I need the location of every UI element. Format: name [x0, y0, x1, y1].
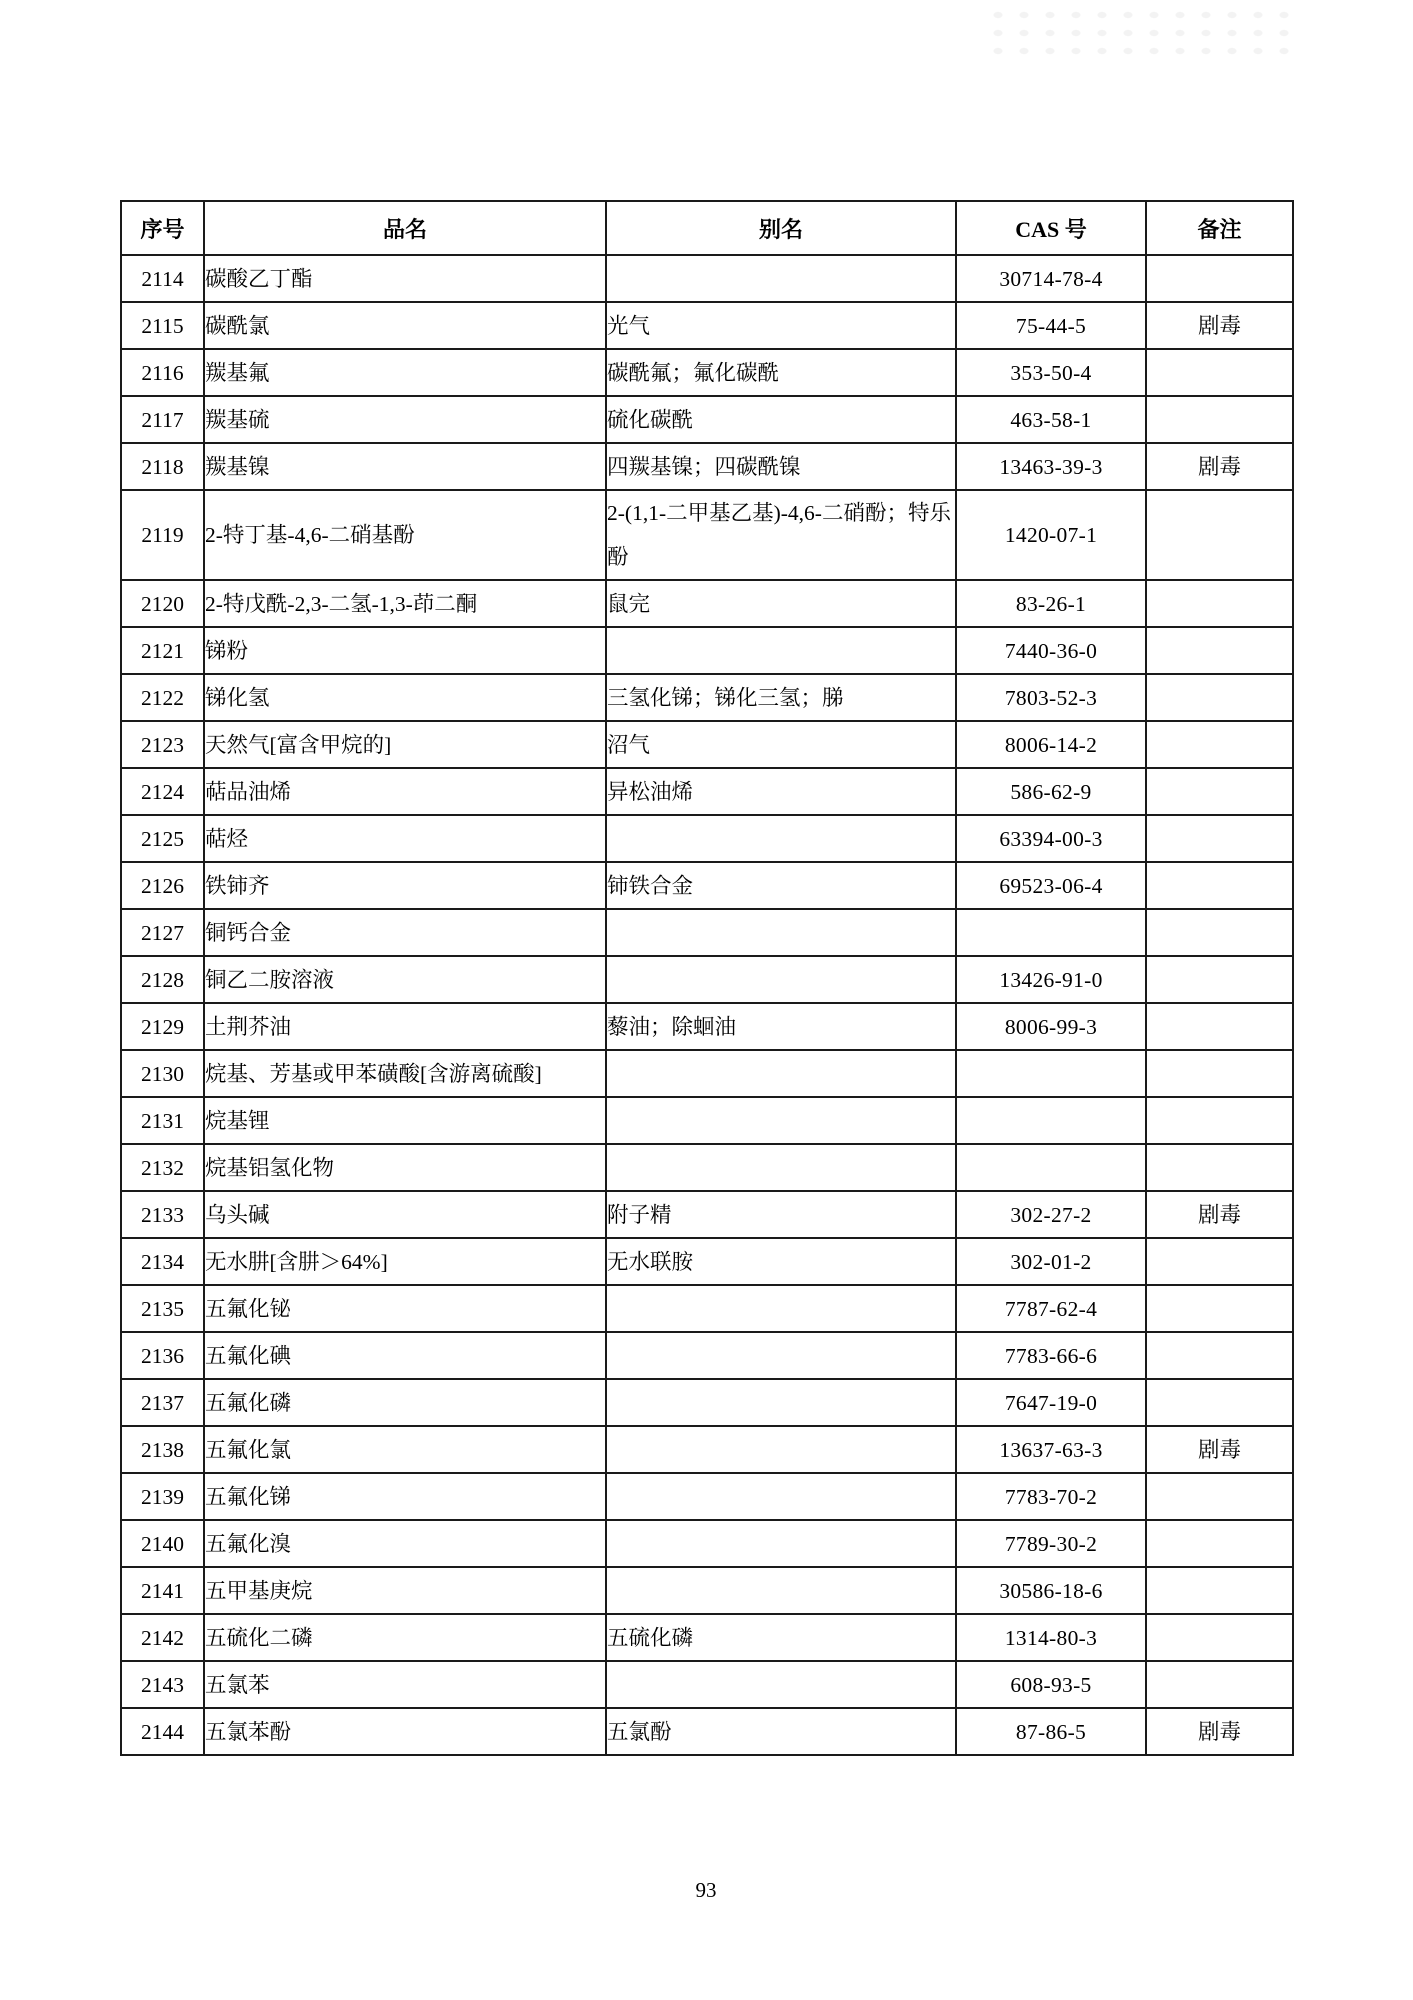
cell-remark — [1146, 1144, 1293, 1191]
cell-product-name: 土荆芥油 — [204, 1003, 606, 1050]
cell-remark: 剧毒 — [1146, 443, 1293, 490]
cell-alias: 碳酰氟；氟化碳酰 — [606, 349, 956, 396]
cell-product-name: 无水肼[含肼＞64%] — [204, 1238, 606, 1285]
cell-alias: 附子精 — [606, 1191, 956, 1238]
cell-cas-number: 1420-07-1 — [956, 490, 1146, 580]
table-row: 2123 天然气[富含甲烷的] 沼气 8006-14-2 — [121, 721, 1293, 768]
cell-product-name: 萜烃 — [204, 815, 606, 862]
cell-remark — [1146, 768, 1293, 815]
cell-product-name: 2-特戊酰-2,3-二氢-1,3-茚二酮 — [204, 580, 606, 627]
cell-serial-number: 2127 — [121, 909, 204, 956]
cell-cas-number: 7789-30-2 — [956, 1520, 1146, 1567]
cell-alias: 光气 — [606, 302, 956, 349]
table-row: 2129 土荆芥油 藜油；除蛔油 8006-99-3 — [121, 1003, 1293, 1050]
cell-remark — [1146, 490, 1293, 580]
cell-product-name: 碳酰氯 — [204, 302, 606, 349]
cell-remark — [1146, 580, 1293, 627]
cell-serial-number: 2124 — [121, 768, 204, 815]
cell-alias — [606, 1285, 956, 1332]
cell-serial-number: 2143 — [121, 1661, 204, 1708]
cell-cas-number: 1314-80-3 — [956, 1614, 1146, 1661]
cell-serial-number: 2114 — [121, 255, 204, 302]
cell-alias: 沼气 — [606, 721, 956, 768]
table-row: 2136 五氟化碘 7783-66-6 — [121, 1332, 1293, 1379]
table-row: 2141 五甲基庚烷 30586-18-6 — [121, 1567, 1293, 1614]
cell-product-name: 五氯苯酚 — [204, 1708, 606, 1755]
cell-serial-number: 2125 — [121, 815, 204, 862]
table-row: 2119 2-特丁基-4,6-二硝基酚 2-(1,1-二甲基乙基)-4,6-二硝… — [121, 490, 1293, 580]
cell-product-name: 烷基、芳基或甲苯磺酸[含游离硫酸] — [204, 1050, 606, 1097]
cell-cas-number: 13637-63-3 — [956, 1426, 1146, 1473]
cell-serial-number: 2131 — [121, 1097, 204, 1144]
cell-product-name: 2-特丁基-4,6-二硝基酚 — [204, 490, 606, 580]
table-row: 2138 五氟化氯 13637-63-3 剧毒 — [121, 1426, 1293, 1473]
cell-serial-number: 2138 — [121, 1426, 204, 1473]
cell-remark — [1146, 1567, 1293, 1614]
table-row: 2140 五氟化溴 7789-30-2 — [121, 1520, 1293, 1567]
table-row: 2118 羰基镍 四羰基镍；四碳酰镍 13463-39-3 剧毒 — [121, 443, 1293, 490]
table-row: 2131 烷基锂 — [121, 1097, 1293, 1144]
hazardous-chemicals-table: 序号 品名 别名 CAS 号 备注 2114 碳酸乙丁酯 30714-78-4 … — [120, 200, 1294, 1756]
cell-cas-number: 608-93-5 — [956, 1661, 1146, 1708]
cell-alias — [606, 1661, 956, 1708]
cell-serial-number: 2130 — [121, 1050, 204, 1097]
cell-alias — [606, 909, 956, 956]
cell-remark: 剧毒 — [1146, 302, 1293, 349]
cell-product-name: 乌头碱 — [204, 1191, 606, 1238]
table-row: 2143 五氯苯 608-93-5 — [121, 1661, 1293, 1708]
cell-remark — [1146, 1520, 1293, 1567]
cell-remark — [1146, 1285, 1293, 1332]
cell-cas-number: 63394-00-3 — [956, 815, 1146, 862]
cell-product-name: 羰基氟 — [204, 349, 606, 396]
cell-alias: 鼠完 — [606, 580, 956, 627]
cell-cas-number: 13426-91-0 — [956, 956, 1146, 1003]
cell-serial-number: 2133 — [121, 1191, 204, 1238]
cell-remark — [1146, 396, 1293, 443]
cell-cas-number — [956, 909, 1146, 956]
cell-product-name: 锑化氢 — [204, 674, 606, 721]
cell-cas-number: 353-50-4 — [956, 349, 1146, 396]
cell-product-name: 萜品油烯 — [204, 768, 606, 815]
cell-alias — [606, 1520, 956, 1567]
cell-serial-number: 2118 — [121, 443, 204, 490]
cell-product-name: 碳酸乙丁酯 — [204, 255, 606, 302]
table-row: 2142 五硫化二磷 五硫化磷 1314-80-3 — [121, 1614, 1293, 1661]
cell-product-name: 铜乙二胺溶液 — [204, 956, 606, 1003]
table-row: 2132 烷基铝氢化物 — [121, 1144, 1293, 1191]
header-name: 品名 — [204, 201, 606, 255]
table-row: 2137 五氟化磷 7647-19-0 — [121, 1379, 1293, 1426]
table-row: 2130 烷基、芳基或甲苯磺酸[含游离硫酸] — [121, 1050, 1293, 1097]
cell-remark — [1146, 1614, 1293, 1661]
cell-alias — [606, 956, 956, 1003]
table-row: 2128 铜乙二胺溶液 13426-91-0 — [121, 956, 1293, 1003]
table-row: 2115 碳酰氯 光气 75-44-5 剧毒 — [121, 302, 1293, 349]
cell-remark — [1146, 956, 1293, 1003]
cell-serial-number: 2116 — [121, 349, 204, 396]
cell-product-name: 五氟化锑 — [204, 1473, 606, 1520]
cell-remark — [1146, 674, 1293, 721]
cell-remark — [1146, 1050, 1293, 1097]
cell-product-name: 羰基硫 — [204, 396, 606, 443]
cell-alias — [606, 1332, 956, 1379]
cell-serial-number: 2141 — [121, 1567, 204, 1614]
cell-cas-number: 13463-39-3 — [956, 443, 1146, 490]
cell-cas-number: 87-86-5 — [956, 1708, 1146, 1755]
cell-cas-number: 7783-70-2 — [956, 1473, 1146, 1520]
cell-serial-number: 2117 — [121, 396, 204, 443]
cell-product-name: 烷基锂 — [204, 1097, 606, 1144]
cell-serial-number: 2134 — [121, 1238, 204, 1285]
cell-remark — [1146, 1661, 1293, 1708]
cell-serial-number: 2121 — [121, 627, 204, 674]
cell-serial-number: 2119 — [121, 490, 204, 580]
page-number: 93 — [120, 1878, 1292, 1903]
cell-serial-number: 2129 — [121, 1003, 204, 1050]
cell-serial-number: 2126 — [121, 862, 204, 909]
header-alias: 别名 — [606, 201, 956, 255]
cell-remark — [1146, 815, 1293, 862]
cell-alias — [606, 1050, 956, 1097]
table-row: 2133 乌头碱 附子精 302-27-2 剧毒 — [121, 1191, 1293, 1238]
faint-watermark — [985, 6, 1305, 64]
cell-product-name: 五氯苯 — [204, 1661, 606, 1708]
table-row: 2127 铜钙合金 — [121, 909, 1293, 956]
cell-alias — [606, 1426, 956, 1473]
cell-alias — [606, 1473, 956, 1520]
cell-product-name: 五氟化溴 — [204, 1520, 606, 1567]
cell-serial-number: 2136 — [121, 1332, 204, 1379]
cell-alias: 五硫化磷 — [606, 1614, 956, 1661]
cell-alias: 三氢化锑；锑化三氢；䏲 — [606, 674, 956, 721]
cell-remark — [1146, 1379, 1293, 1426]
cell-cas-number: 75-44-5 — [956, 302, 1146, 349]
cell-alias: 藜油；除蛔油 — [606, 1003, 956, 1050]
table-row: 2135 五氟化铋 7787-62-4 — [121, 1285, 1293, 1332]
cell-cas-number: 8006-99-3 — [956, 1003, 1146, 1050]
cell-cas-number — [956, 1144, 1146, 1191]
table-header-row: 序号 品名 别名 CAS 号 备注 — [121, 201, 1293, 255]
table-row: 2134 无水肼[含肼＞64%] 无水联胺 302-01-2 — [121, 1238, 1293, 1285]
cell-serial-number: 2135 — [121, 1285, 204, 1332]
cell-serial-number: 2123 — [121, 721, 204, 768]
cell-alias: 四羰基镍；四碳酰镍 — [606, 443, 956, 490]
cell-remark: 剧毒 — [1146, 1426, 1293, 1473]
table-row: 2125 萜烃 63394-00-3 — [121, 815, 1293, 862]
cell-serial-number: 2137 — [121, 1379, 204, 1426]
cell-product-name: 五甲基庚烷 — [204, 1567, 606, 1614]
cell-alias: 硫化碳酰 — [606, 396, 956, 443]
cell-alias — [606, 255, 956, 302]
cell-alias — [606, 1567, 956, 1614]
cell-cas-number: 7440-36-0 — [956, 627, 1146, 674]
header-cas: CAS 号 — [956, 201, 1146, 255]
table-row: 2126 铁铈齐 铈铁合金 69523-06-4 — [121, 862, 1293, 909]
cell-alias — [606, 1097, 956, 1144]
cell-product-name: 烷基铝氢化物 — [204, 1144, 606, 1191]
cell-remark — [1146, 627, 1293, 674]
cell-remark — [1146, 721, 1293, 768]
cell-cas-number: 7783-66-6 — [956, 1332, 1146, 1379]
table-row: 2121 锑粉 7440-36-0 — [121, 627, 1293, 674]
header-serial: 序号 — [121, 201, 204, 255]
cell-remark — [1146, 862, 1293, 909]
cell-serial-number: 2132 — [121, 1144, 204, 1191]
cell-product-name: 五氟化磷 — [204, 1379, 606, 1426]
cell-remark — [1146, 349, 1293, 396]
cell-product-name: 天然气[富含甲烷的] — [204, 721, 606, 768]
document-page: 序号 品名 别名 CAS 号 备注 2114 碳酸乙丁酯 30714-78-4 … — [0, 0, 1413, 2000]
cell-alias: 五氯酚 — [606, 1708, 956, 1755]
cell-alias: 无水联胺 — [606, 1238, 956, 1285]
cell-cas-number: 302-27-2 — [956, 1191, 1146, 1238]
cell-remark — [1146, 255, 1293, 302]
cell-remark — [1146, 1473, 1293, 1520]
cell-remark: 剧毒 — [1146, 1708, 1293, 1755]
cell-cas-number: 7647-19-0 — [956, 1379, 1146, 1426]
cell-product-name: 铜钙合金 — [204, 909, 606, 956]
cell-alias — [606, 1144, 956, 1191]
table-row: 2144 五氯苯酚 五氯酚 87-86-5 剧毒 — [121, 1708, 1293, 1755]
cell-product-name: 锑粉 — [204, 627, 606, 674]
cell-serial-number: 2115 — [121, 302, 204, 349]
cell-product-name: 五氟化碘 — [204, 1332, 606, 1379]
cell-cas-number: 30586-18-6 — [956, 1567, 1146, 1614]
cell-remark — [1146, 1097, 1293, 1144]
cell-product-name: 羰基镍 — [204, 443, 606, 490]
table-row: 2114 碳酸乙丁酯 30714-78-4 — [121, 255, 1293, 302]
cell-product-name: 铁铈齐 — [204, 862, 606, 909]
cell-serial-number: 2139 — [121, 1473, 204, 1520]
cell-remark — [1146, 909, 1293, 956]
cell-cas-number: 8006-14-2 — [956, 721, 1146, 768]
cell-serial-number: 2140 — [121, 1520, 204, 1567]
cell-alias — [606, 815, 956, 862]
cell-cas-number: 586-62-9 — [956, 768, 1146, 815]
table-row: 2120 2-特戊酰-2,3-二氢-1,3-茚二酮 鼠完 83-26-1 — [121, 580, 1293, 627]
cell-serial-number: 2128 — [121, 956, 204, 1003]
cell-cas-number — [956, 1050, 1146, 1097]
table-body: 2114 碳酸乙丁酯 30714-78-4 2115 碳酰氯 光气 75-44-… — [121, 255, 1293, 1755]
cell-product-name: 五氟化铋 — [204, 1285, 606, 1332]
cell-remark — [1146, 1003, 1293, 1050]
table-row: 2116 羰基氟 碳酰氟；氟化碳酰 353-50-4 — [121, 349, 1293, 396]
cell-serial-number: 2144 — [121, 1708, 204, 1755]
table-row: 2139 五氟化锑 7783-70-2 — [121, 1473, 1293, 1520]
cell-cas-number: 7803-52-3 — [956, 674, 1146, 721]
cell-alias: 2-(1,1-二甲基乙基)-4,6-二硝酚；特乐酚 — [606, 490, 956, 580]
cell-cas-number: 7787-62-4 — [956, 1285, 1146, 1332]
table-row: 2122 锑化氢 三氢化锑；锑化三氢；䏲 7803-52-3 — [121, 674, 1293, 721]
cell-alias — [606, 627, 956, 674]
cell-cas-number — [956, 1097, 1146, 1144]
cell-cas-number: 463-58-1 — [956, 396, 1146, 443]
cell-alias: 异松油烯 — [606, 768, 956, 815]
cell-cas-number: 302-01-2 — [956, 1238, 1146, 1285]
table-row: 2117 羰基硫 硫化碳酰 463-58-1 — [121, 396, 1293, 443]
cell-cas-number: 83-26-1 — [956, 580, 1146, 627]
cell-alias: 铈铁合金 — [606, 862, 956, 909]
cell-product-name: 五氟化氯 — [204, 1426, 606, 1473]
cell-product-name: 五硫化二磷 — [204, 1614, 606, 1661]
cell-serial-number: 2120 — [121, 580, 204, 627]
cell-alias — [606, 1379, 956, 1426]
table-row: 2124 萜品油烯 异松油烯 586-62-9 — [121, 768, 1293, 815]
cell-remark: 剧毒 — [1146, 1191, 1293, 1238]
header-note: 备注 — [1146, 201, 1293, 255]
cell-cas-number: 69523-06-4 — [956, 862, 1146, 909]
cell-serial-number: 2142 — [121, 1614, 204, 1661]
cell-serial-number: 2122 — [121, 674, 204, 721]
cell-remark — [1146, 1238, 1293, 1285]
cell-remark — [1146, 1332, 1293, 1379]
cell-cas-number: 30714-78-4 — [956, 255, 1146, 302]
